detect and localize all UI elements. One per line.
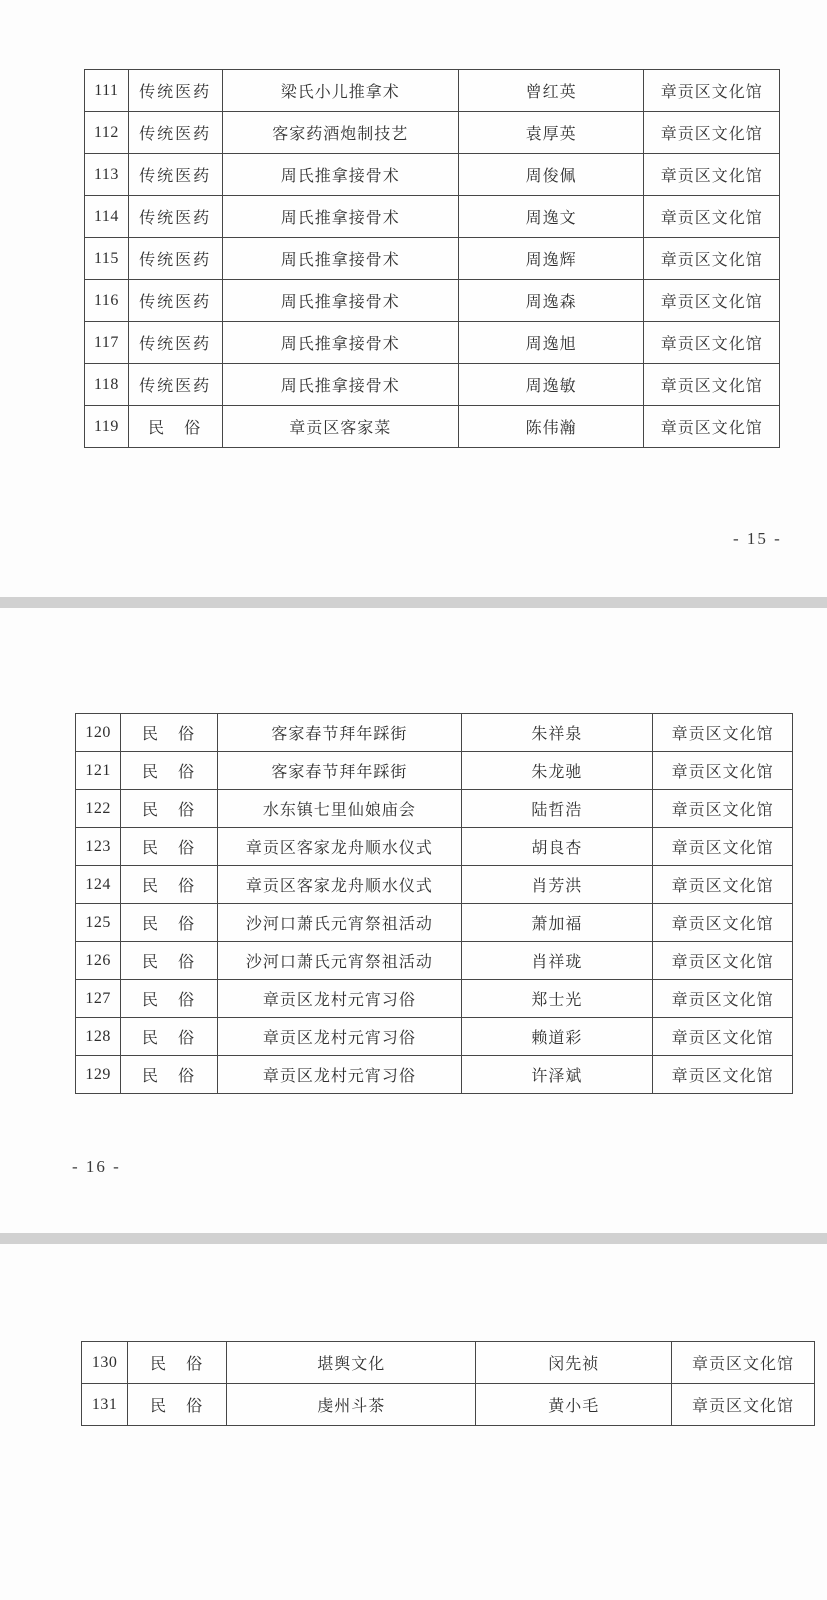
cell-person: 朱龙驰 (461, 752, 652, 790)
cell-no: 121 (76, 752, 121, 790)
cell-no: 131 (82, 1384, 128, 1426)
cell-category: 民 俗 (128, 406, 222, 448)
cell-category: 民 俗 (121, 790, 218, 828)
cell-person: 肖芳洪 (461, 866, 652, 904)
cell-org: 章贡区文化馆 (653, 714, 793, 752)
cell-project: 梁氏小儿推拿术 (222, 70, 458, 112)
page-separator (0, 1233, 827, 1244)
cell-org: 章贡区文化馆 (653, 1056, 793, 1094)
cell-category: 传统医药 (128, 238, 222, 280)
cell-person: 胡良杏 (461, 828, 652, 866)
table-row: 130民 俗堪舆文化闵先祯章贡区文化馆 (82, 1342, 815, 1384)
cell-no: 124 (76, 866, 121, 904)
cell-category: 传统医药 (128, 112, 222, 154)
cell-category: 民 俗 (121, 866, 218, 904)
cell-category: 传统医药 (128, 70, 222, 112)
cell-project: 章贡区客家龙舟顺水仪式 (217, 866, 461, 904)
document-viewer: 111传统医药梁氏小儿推拿术曾红英章贡区文化馆112传统医药客家药酒炮制技艺袁厚… (0, 0, 827, 1600)
cell-category: 传统医药 (128, 196, 222, 238)
cell-org: 章贡区文化馆 (644, 364, 780, 406)
cell-no: 114 (85, 196, 129, 238)
table-row: 131民 俗虔州斗茶黄小毛章贡区文化馆 (82, 1384, 815, 1426)
cell-project: 章贡区龙村元宵习俗 (217, 1018, 461, 1056)
cell-project: 章贡区龙村元宵习俗 (217, 980, 461, 1018)
cell-org: 章贡区文化馆 (644, 70, 780, 112)
cell-person: 许泽斌 (461, 1056, 652, 1094)
table-row: 121民 俗客家春节拜年踩街朱龙驰章贡区文化馆 (76, 752, 793, 790)
cell-category: 民 俗 (121, 1018, 218, 1056)
cell-project: 周氏推拿接骨术 (222, 364, 458, 406)
cell-project: 章贡区龙村元宵习俗 (217, 1056, 461, 1094)
cell-org: 章贡区文化馆 (644, 322, 780, 364)
cell-person: 陆哲浩 (461, 790, 652, 828)
table-row: 115传统医药周氏推拿接骨术周逸辉章贡区文化馆 (85, 238, 780, 280)
cell-no: 122 (76, 790, 121, 828)
table-row: 120民 俗客家春节拜年踩街朱祥泉章贡区文化馆 (76, 714, 793, 752)
cell-person: 周逸文 (458, 196, 644, 238)
heritage-table-111-119: 111传统医药梁氏小儿推拿术曾红英章贡区文化馆112传统医药客家药酒炮制技艺袁厚… (84, 69, 780, 448)
cell-project: 周氏推拿接骨术 (222, 322, 458, 364)
table-row: 113传统医药周氏推拿接骨术周俊佩章贡区文化馆 (85, 154, 780, 196)
cell-org: 章贡区文化馆 (653, 790, 793, 828)
table-row: 125民 俗沙河口萧氏元宵祭祖活动萧加福章贡区文化馆 (76, 904, 793, 942)
cell-no: 119 (85, 406, 129, 448)
cell-org: 章贡区文化馆 (653, 828, 793, 866)
cell-no: 125 (76, 904, 121, 942)
cell-no: 112 (85, 112, 129, 154)
cell-org: 章贡区文化馆 (672, 1384, 815, 1426)
heritage-table-120-129: 120民 俗客家春节拜年踩街朱祥泉章贡区文化馆121民 俗客家春节拜年踩街朱龙驰… (75, 713, 793, 1094)
cell-org: 章贡区文化馆 (653, 904, 793, 942)
cell-person: 袁厚英 (458, 112, 644, 154)
cell-project: 周氏推拿接骨术 (222, 196, 458, 238)
cell-no: 123 (76, 828, 121, 866)
cell-no: 130 (82, 1342, 128, 1384)
cell-org: 章贡区文化馆 (644, 196, 780, 238)
cell-project: 章贡区客家菜 (222, 406, 458, 448)
table-row: 112传统医药客家药酒炮制技艺袁厚英章贡区文化馆 (85, 112, 780, 154)
table-row: 124民 俗章贡区客家龙舟顺水仪式肖芳洪章贡区文化馆 (76, 866, 793, 904)
cell-person: 周逸森 (458, 280, 644, 322)
cell-person: 赖道彩 (461, 1018, 652, 1056)
table-row: 129民 俗章贡区龙村元宵习俗许泽斌章贡区文化馆 (76, 1056, 793, 1094)
cell-no: 115 (85, 238, 129, 280)
table-row: 118传统医药周氏推拿接骨术周逸敏章贡区文化馆 (85, 364, 780, 406)
cell-project: 周氏推拿接骨术 (222, 280, 458, 322)
cell-org: 章贡区文化馆 (644, 154, 780, 196)
cell-category: 民 俗 (121, 752, 218, 790)
cell-person: 闵先祯 (476, 1342, 672, 1384)
cell-person: 朱祥泉 (461, 714, 652, 752)
cell-category: 民 俗 (128, 1342, 227, 1384)
cell-org: 章贡区文化馆 (644, 112, 780, 154)
cell-no: 127 (76, 980, 121, 1018)
cell-no: 126 (76, 942, 121, 980)
cell-project: 虔州斗茶 (227, 1384, 476, 1426)
cell-category: 民 俗 (121, 942, 218, 980)
table-row: 126民 俗沙河口萧氏元宵祭祖活动肖祥珑章贡区文化馆 (76, 942, 793, 980)
cell-person: 黄小毛 (476, 1384, 672, 1426)
cell-person: 曾红英 (458, 70, 644, 112)
cell-project: 水东镇七里仙娘庙会 (217, 790, 461, 828)
cell-person: 周逸敏 (458, 364, 644, 406)
cell-project: 客家春节拜年踩街 (217, 714, 461, 752)
cell-org: 章贡区文化馆 (653, 1018, 793, 1056)
cell-project: 堪舆文化 (227, 1342, 476, 1384)
cell-org: 章贡区文化馆 (653, 752, 793, 790)
cell-category: 传统医药 (128, 154, 222, 196)
cell-category: 民 俗 (128, 1384, 227, 1426)
cell-category: 民 俗 (121, 1056, 218, 1094)
cell-project: 客家药酒炮制技艺 (222, 112, 458, 154)
cell-category: 传统医药 (128, 364, 222, 406)
cell-no: 129 (76, 1056, 121, 1094)
cell-no: 111 (85, 70, 129, 112)
cell-project: 章贡区客家龙舟顺水仪式 (217, 828, 461, 866)
cell-person: 肖祥珑 (461, 942, 652, 980)
page-number-16: - 16 - (72, 1157, 121, 1177)
cell-category: 传统医药 (128, 280, 222, 322)
cell-person: 周逸旭 (458, 322, 644, 364)
cell-project: 客家春节拜年踩街 (217, 752, 461, 790)
table-row: 122民 俗水东镇七里仙娘庙会陆哲浩章贡区文化馆 (76, 790, 793, 828)
cell-no: 113 (85, 154, 129, 196)
table-row: 119民 俗章贡区客家菜陈伟瀚章贡区文化馆 (85, 406, 780, 448)
cell-org: 章贡区文化馆 (672, 1342, 815, 1384)
table-row: 128民 俗章贡区龙村元宵习俗赖道彩章贡区文化馆 (76, 1018, 793, 1056)
cell-no: 117 (85, 322, 129, 364)
page-number-15: - 15 - (733, 529, 782, 549)
table-row: 116传统医药周氏推拿接骨术周逸森章贡区文化馆 (85, 280, 780, 322)
cell-person: 萧加福 (461, 904, 652, 942)
cell-person: 郑士光 (461, 980, 652, 1018)
cell-category: 民 俗 (121, 904, 218, 942)
cell-category: 民 俗 (121, 980, 218, 1018)
table-row: 127民 俗章贡区龙村元宵习俗郑士光章贡区文化馆 (76, 980, 793, 1018)
cell-project: 周氏推拿接骨术 (222, 154, 458, 196)
cell-category: 传统医药 (128, 322, 222, 364)
cell-org: 章贡区文化馆 (644, 280, 780, 322)
table-row: 111传统医药梁氏小儿推拿术曾红英章贡区文化馆 (85, 70, 780, 112)
cell-no: 116 (85, 280, 129, 322)
table-row: 117传统医药周氏推拿接骨术周逸旭章贡区文化馆 (85, 322, 780, 364)
cell-project: 沙河口萧氏元宵祭祖活动 (217, 904, 461, 942)
cell-person: 周逸辉 (458, 238, 644, 280)
table-row: 114传统医药周氏推拿接骨术周逸文章贡区文化馆 (85, 196, 780, 238)
heritage-table-130-131: 130民 俗堪舆文化闵先祯章贡区文化馆131民 俗虔州斗茶黄小毛章贡区文化馆 (81, 1341, 815, 1426)
cell-person: 陈伟瀚 (458, 406, 644, 448)
cell-category: 民 俗 (121, 828, 218, 866)
cell-org: 章贡区文化馆 (644, 406, 780, 448)
cell-org: 章贡区文化馆 (653, 980, 793, 1018)
cell-project: 周氏推拿接骨术 (222, 238, 458, 280)
cell-no: 120 (76, 714, 121, 752)
cell-project: 沙河口萧氏元宵祭祖活动 (217, 942, 461, 980)
cell-org: 章贡区文化馆 (644, 238, 780, 280)
cell-org: 章贡区文化馆 (653, 866, 793, 904)
cell-no: 128 (76, 1018, 121, 1056)
cell-person: 周俊佩 (458, 154, 644, 196)
page-separator (0, 597, 827, 608)
cell-org: 章贡区文化馆 (653, 942, 793, 980)
cell-category: 民 俗 (121, 714, 218, 752)
table-row: 123民 俗章贡区客家龙舟顺水仪式胡良杏章贡区文化馆 (76, 828, 793, 866)
cell-no: 118 (85, 364, 129, 406)
